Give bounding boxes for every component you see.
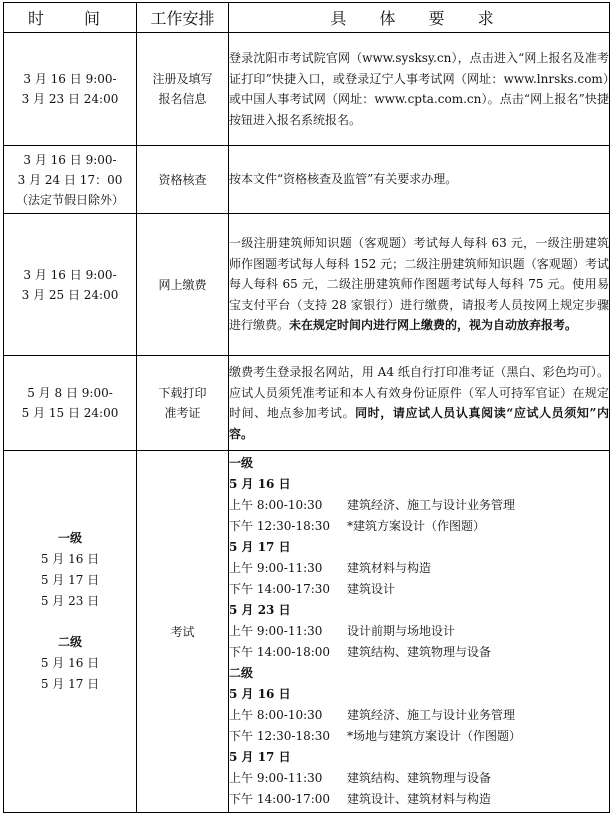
exam-session: 上午 9:00-11:30设计前期与场地设计 xyxy=(229,621,609,642)
exam-session: 下午 14:00-17:00建筑设计、建筑材料与构造 xyxy=(229,789,609,810)
session-time: 下午 14:00-18:00 xyxy=(229,642,347,663)
session-subject: 建筑结构、建筑物理与设备 xyxy=(347,771,491,785)
requirement-cell: 一级注册建筑师知识题（客观题）考试每人每科 63 元，一级注册建筑师作图题考试每… xyxy=(229,214,610,356)
exam-day-heading: 5 月 17 日 xyxy=(229,747,609,768)
header-task: 工作安排 xyxy=(137,3,229,33)
exam-session: 下午 12:30-18:30*场地与建筑方案设计（作图题） xyxy=(229,726,609,747)
exam-date: 5 月 16 日 xyxy=(4,549,136,570)
requirement-cell: 按本文件“资格核查及监管”有关要求办理。 xyxy=(229,146,610,214)
exam-date: 5 月 16 日 xyxy=(4,653,136,674)
exam-session: 上午 8:00-10:30建筑经济、施工与设计业务管理 xyxy=(229,495,609,516)
session-subject: 建筑经济、施工与设计业务管理 xyxy=(347,498,515,512)
exam-session: 下午 12:30-18:30*建筑方案设计（作图题） xyxy=(229,516,609,537)
table-row-admission-ticket: 5 月 8 日 9:00- 5 月 15 日 24:00 下载打印 准考证 缴费… xyxy=(4,356,610,451)
task-cell: 下载打印 准考证 xyxy=(137,356,229,451)
header-requirements: 具 体 要 求 xyxy=(229,3,610,33)
task-line: 报名信息 xyxy=(137,89,228,109)
session-subject: 建筑经济、施工与设计业务管理 xyxy=(347,708,515,722)
task-line: 注册及填写 xyxy=(137,69,228,89)
exam-date: 5 月 17 日 xyxy=(4,570,136,591)
session-time: 上午 9:00-11:30 xyxy=(229,621,347,642)
time-cell: 5 月 8 日 9:00- 5 月 15 日 24:00 xyxy=(4,356,137,451)
exam-session: 上午 9:00-11:30建筑材料与构造 xyxy=(229,558,609,579)
time-cell: 3 月 16 日 9:00- 3 月 24 日 17：00 （法定节假日除外） xyxy=(4,146,137,214)
session-time: 下午 14:00-17:00 xyxy=(229,789,347,810)
task-line: 下载打印 xyxy=(137,383,228,403)
session-subject: 设计前期与场地设计 xyxy=(347,624,455,638)
exam-session: 上午 9:00-11:30建筑结构、建筑物理与设备 xyxy=(229,768,609,789)
exam-session: 下午 14:00-17:30建筑设计 xyxy=(229,579,609,600)
exam-day-heading: 5 月 17 日 xyxy=(229,537,609,558)
level-heading: 一级 xyxy=(229,453,609,474)
task-cell: 注册及填写 报名信息 xyxy=(137,33,229,146)
table-row-exam: 一级 5 月 16 日 5 月 17 日 5 月 23 日 二级 5 月 16 … xyxy=(4,451,610,813)
session-subject: 建筑设计 xyxy=(347,582,395,596)
session-subject: 建筑结构、建筑物理与设备 xyxy=(347,645,491,659)
time-line: 3 月 23 日 24:00 xyxy=(4,89,136,109)
schedule-table: 时 间 工作安排 具 体 要 求 3 月 16 日 9:00- 3 月 23 日… xyxy=(3,2,610,813)
task-cell: 资格核查 xyxy=(137,146,229,214)
exam-day-heading: 5 月 23 日 xyxy=(229,600,609,621)
requirement-cell: 登录沈阳市考试院官网（www.sysksy.cn），点击进入“网上报名及准考证打… xyxy=(229,33,610,146)
session-time: 下午 12:30-18:30 xyxy=(229,516,347,537)
level-heading: 二级 xyxy=(229,663,609,684)
time-cell: 3 月 16 日 9:00- 3 月 23 日 24:00 xyxy=(4,33,137,146)
table-row-qualification: 3 月 16 日 9:00- 3 月 24 日 17：00 （法定节假日除外） … xyxy=(4,146,610,214)
session-time: 下午 14:00-17:30 xyxy=(229,579,347,600)
time-line: 5 月 15 日 24:00 xyxy=(4,403,136,423)
session-time: 上午 8:00-10:30 xyxy=(229,705,347,726)
level-label: 一级 xyxy=(4,528,136,549)
session-subject: 建筑材料与构造 xyxy=(347,561,431,575)
exam-session: 上午 8:00-10:30建筑经济、施工与设计业务管理 xyxy=(229,705,609,726)
time-cell: 3 月 16 日 9:00- 3 月 25 日 24:00 xyxy=(4,214,137,356)
session-time: 上午 9:00-11:30 xyxy=(229,558,347,579)
exam-session: 下午 14:00-18:00建筑结构、建筑物理与设备 xyxy=(229,642,609,663)
time-line: 3 月 16 日 9:00- xyxy=(4,150,136,170)
time-line: 3 月 24 日 17：00 xyxy=(4,170,136,190)
header-row: 时 间 工作安排 具 体 要 求 xyxy=(4,3,610,33)
requirement-cell: 缴费考生登录报名网站，用 A4 纸自行打印准考证（黑白、彩色均可）。应试人员须凭… xyxy=(229,356,610,451)
task-cell: 考试 xyxy=(137,451,229,813)
exam-date: 5 月 23 日 xyxy=(4,591,136,612)
session-time: 上午 8:00-10:30 xyxy=(229,495,347,516)
level-label: 二级 xyxy=(4,632,136,653)
session-subject: *建筑方案设计（作图题） xyxy=(347,519,485,533)
header-time: 时 间 xyxy=(4,3,137,33)
task-line: 准考证 xyxy=(137,403,228,423)
table-row-registration: 3 月 16 日 9:00- 3 月 23 日 24:00 注册及填写 报名信息… xyxy=(4,33,610,146)
time-line: 3 月 16 日 9:00- xyxy=(4,265,136,285)
session-subject: 建筑设计、建筑材料与构造 xyxy=(347,792,491,806)
time-line: 5 月 8 日 9:00- xyxy=(4,383,136,403)
table-row-payment: 3 月 16 日 9:00- 3 月 25 日 24:00 网上缴费 一级注册建… xyxy=(4,214,610,356)
spacer xyxy=(4,612,136,632)
time-cell: 一级 5 月 16 日 5 月 17 日 5 月 23 日 二级 5 月 16 … xyxy=(4,451,137,813)
exam-day-heading: 5 月 16 日 xyxy=(229,684,609,705)
session-time: 下午 12:30-18:30 xyxy=(229,726,347,747)
task-cell: 网上缴费 xyxy=(137,214,229,356)
session-time: 上午 9:00-11:30 xyxy=(229,768,347,789)
time-line: 3 月 16 日 9:00- xyxy=(4,69,136,89)
requirement-bold-text: 未在规定时间内进行网上缴费的，视为自动放弃报考。 xyxy=(289,318,577,332)
session-subject: *场地与建筑方案设计（作图题） xyxy=(347,729,521,743)
exam-day-heading: 5 月 16 日 xyxy=(229,474,609,495)
time-line: 3 月 25 日 24:00 xyxy=(4,285,136,305)
exam-date: 5 月 17 日 xyxy=(4,674,136,695)
time-note: （法定节假日除外） xyxy=(4,190,136,210)
exam-schedule-cell: 一级 5 月 16 日 上午 8:00-10:30建筑经济、施工与设计业务管理 … xyxy=(229,451,610,813)
